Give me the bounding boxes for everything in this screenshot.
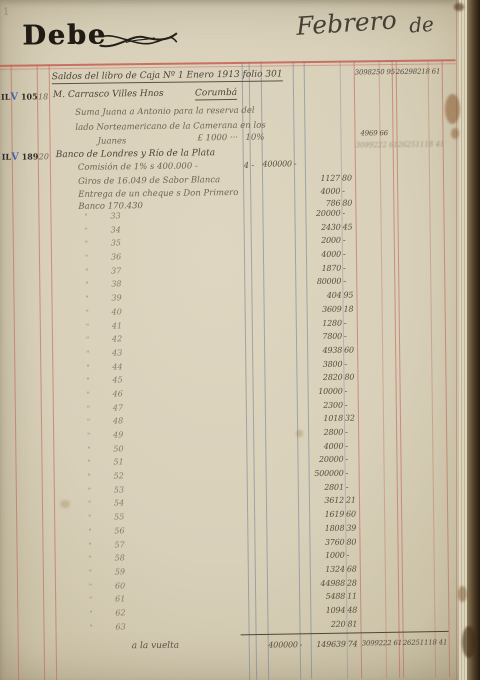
- cheque-number: 56: [114, 526, 140, 535]
- ditto-mark: ": [87, 418, 90, 426]
- amount-cell: 500000-: [298, 469, 359, 479]
- amount-cents: 80: [342, 173, 355, 182]
- amount-cents: -: [344, 318, 357, 327]
- amount-value: 44988: [299, 578, 347, 588]
- cheque-number: 49: [113, 430, 139, 439]
- amount-cell: 243045: [295, 222, 356, 232]
- ditto-mark: ": [89, 569, 92, 577]
- amount-cents: 80: [342, 198, 355, 207]
- cheque-number: 50: [113, 444, 139, 453]
- amount-cell: 1280-: [296, 318, 357, 328]
- amount-cents: 32: [345, 414, 358, 423]
- carry-forward-label: a la vuelta: [132, 641, 180, 652]
- amount-value: 1619: [298, 510, 346, 520]
- ditto-mark: ": [85, 268, 88, 276]
- amount-value: 1324: [299, 565, 347, 575]
- amount-cents: -: [345, 427, 358, 436]
- amount-cents: 74: [348, 639, 361, 648]
- amount-cents: 68: [347, 564, 360, 573]
- cheque-number: 38: [111, 280, 137, 289]
- amount-cell: 400000-: [258, 159, 305, 169]
- ditto-mark: ": [86, 377, 89, 385]
- cheque-number: 42: [112, 334, 138, 343]
- amount-cell: 101832: [297, 414, 358, 424]
- amount-cents: -: [344, 332, 357, 341]
- cheque-number: 33: [110, 211, 136, 220]
- foxing-spot: [458, 586, 467, 602]
- amount-value: 1000: [299, 551, 347, 561]
- amount-cell: 40495: [295, 291, 356, 301]
- fore-edge: [459, 0, 467, 680]
- amount-cents: 80: [346, 537, 359, 546]
- entry-pct: 10%: [245, 133, 264, 143]
- amount-value: 3099222: [362, 639, 394, 647]
- amount-value: 3612: [298, 496, 346, 506]
- ditto-mark: ": [85, 240, 88, 248]
- cheque-number: 58: [115, 553, 141, 562]
- amount-cell: 161960: [298, 510, 359, 520]
- amount-cents: -: [346, 482, 359, 491]
- amount-cents: -: [343, 250, 356, 259]
- amount-value: 4000: [297, 441, 345, 451]
- amount-cell: 282080: [296, 373, 357, 383]
- entry-code: ILV 189: [2, 151, 39, 162]
- amount-value: 2820: [296, 373, 344, 383]
- cheque-number: 47: [113, 403, 139, 412]
- debit-heading: Debe: [22, 20, 107, 52]
- cheque-number: 54: [114, 499, 140, 508]
- foxing-spot: [60, 500, 70, 508]
- foxing-spot: [454, 3, 464, 11]
- amount-cell: 2000-: [295, 236, 356, 246]
- amount-cell: 2300-: [297, 400, 358, 410]
- amount-value: 2800: [297, 428, 345, 438]
- amount-cell: 548811: [299, 592, 360, 602]
- ink-offset-text: 3099222 61: [356, 141, 398, 150]
- entry-day: 18: [38, 92, 48, 101]
- amount-cell: 4000-: [295, 250, 356, 260]
- entry-detail-line: Giros de 16.049 de Sabor Blanca: [78, 175, 220, 187]
- amount-cents: 11: [347, 592, 360, 601]
- amount-cell: 14963974: [300, 639, 361, 649]
- amount-cents: 21: [346, 496, 359, 505]
- ditto-mark: ": [89, 582, 92, 590]
- entry-detail-line: Suma Juana a Antonio para la reserva del: [75, 106, 254, 118]
- amount-cell: 4000-: [297, 441, 358, 451]
- amount-cents: -: [294, 159, 305, 168]
- entry-place: Corumbá: [195, 88, 237, 101]
- amount-cents: 48: [347, 605, 360, 614]
- amount-cell: 132468: [299, 564, 360, 574]
- ditto-mark: ": [85, 295, 88, 303]
- amount-cents: -: [347, 551, 360, 560]
- amount-value: 4969: [355, 129, 379, 137]
- amount-cell: 1870-: [295, 263, 356, 273]
- cheque-number: 62: [115, 608, 141, 617]
- amount-cell: 309825095: [355, 68, 392, 76]
- cheque-number: 39: [111, 293, 137, 302]
- amount-cents: -: [343, 263, 356, 272]
- amount-cents: -: [343, 236, 356, 245]
- cheque-number: 35: [111, 239, 137, 248]
- amount-cell: 2801-: [298, 482, 359, 492]
- amount-value: 1094: [299, 606, 347, 616]
- ditto-mark: ": [86, 336, 89, 344]
- cheque-number: 60: [115, 581, 141, 590]
- amount-value: 26298218: [396, 68, 432, 76]
- amount-value: 1808: [298, 523, 346, 533]
- amount-cents: 66: [379, 129, 392, 137]
- amount-cents: 61: [432, 67, 442, 75]
- amount-value: 4938: [296, 346, 344, 356]
- amount-cell: 109448: [299, 605, 360, 615]
- amount-cents: 81: [347, 619, 360, 628]
- ditto-mark: ": [86, 322, 89, 330]
- amount-value: 400000: [264, 640, 300, 649]
- ledger-page: 1 Debe Febrero de Saldos del l: [0, 0, 480, 680]
- amount-cents: -: [346, 469, 359, 478]
- cheque-number: 48: [113, 416, 139, 425]
- page-number: 1: [3, 7, 10, 18]
- entry-title: Banco de Londres y Río de la Plata: [56, 148, 215, 160]
- ditto-mark: ": [85, 226, 88, 234]
- amount-value: 1870: [295, 263, 343, 273]
- cheque-number: 41: [112, 321, 138, 330]
- amount-value: 20000: [297, 455, 345, 465]
- amount-cell: 2625111841: [403, 638, 449, 647]
- flourish-icon: [98, 29, 178, 56]
- ditto-mark: ": [87, 432, 90, 440]
- amount-cents: -: [345, 400, 358, 409]
- ditto-mark: ": [89, 610, 92, 618]
- amount-value: 1280: [296, 318, 344, 328]
- amount-cents: 41: [439, 638, 449, 646]
- amount-value: 4000: [294, 187, 342, 197]
- foxing-spot: [296, 430, 303, 437]
- amount-cents: 80: [344, 373, 357, 382]
- amount-cell: 3800-: [296, 359, 357, 369]
- entry-detail-line: Entrega de un cheque s Don Primero: [78, 188, 238, 200]
- amount-value: 4000: [295, 250, 343, 260]
- amount-cell: 493860: [296, 345, 357, 355]
- amount-value: 2300: [297, 400, 345, 410]
- amount-value: 500000: [298, 469, 346, 479]
- cheque-number: 43: [112, 348, 138, 357]
- amount-cell: 112780: [294, 173, 355, 183]
- amount-value: 2000: [295, 236, 343, 246]
- ditto-mark: ": [89, 596, 92, 604]
- amount-value: 2801: [298, 482, 346, 492]
- amount-cell: 20000-: [297, 455, 358, 465]
- amount-cents: 95: [386, 68, 395, 76]
- ditto-mark: ": [87, 445, 90, 453]
- cheque-number: 51: [113, 458, 139, 467]
- amount-value: 7800: [296, 332, 344, 342]
- entry-detail-line: lado Norteamericano de la Camerana en lo…: [75, 121, 265, 133]
- cheque-number: 57: [114, 540, 140, 549]
- amount-cell: 360918: [296, 304, 357, 314]
- cheque-number: 63: [115, 622, 141, 631]
- amount-cents: 45: [343, 222, 356, 231]
- ditto-mark: ": [89, 623, 92, 631]
- amount-value: 404: [295, 291, 343, 301]
- amount-cell: 376080: [298, 537, 359, 547]
- amount-cell: 309922261: [362, 639, 399, 647]
- amount-value: 149639: [300, 640, 348, 650]
- amount-value: 1127: [294, 174, 342, 184]
- amount-value: 80000: [295, 277, 343, 287]
- amount-value: 10000: [297, 387, 345, 397]
- entry-title: M. Carrasco Villes Hnos: [53, 89, 164, 100]
- cheque-number: 52: [114, 471, 140, 480]
- cheque-number: 37: [111, 266, 137, 275]
- foxing-spot: [445, 94, 460, 124]
- cheque-number: 61: [115, 594, 141, 603]
- ledger-content: 1 Debe Febrero de Saldos del l: [0, 0, 470, 680]
- ditto-mark: ": [88, 514, 91, 522]
- ditto-mark: ": [85, 281, 88, 289]
- entry-detail-line: Comisión de 1% s 400.000 -: [78, 161, 198, 172]
- amount-cents: 61: [393, 639, 402, 647]
- amount-cell: 180839: [298, 523, 359, 533]
- amount-cents: -: [345, 455, 358, 464]
- amount-value: 3800: [296, 359, 344, 369]
- amount-cents: 18: [344, 304, 357, 313]
- amount-cents: -: [342, 186, 355, 195]
- amount-cents: -: [345, 386, 358, 395]
- cheque-number: 46: [113, 389, 139, 398]
- cheque-number: 40: [112, 307, 138, 316]
- amount-cell: 4498828: [299, 578, 360, 588]
- amount-cents: -: [344, 359, 357, 368]
- ditto-mark: ": [87, 391, 90, 399]
- amount-cell: 2629821861: [396, 67, 442, 76]
- amount-value: 3760: [298, 537, 346, 547]
- month-de-label: de: [408, 12, 434, 38]
- ditto-mark: ": [84, 213, 87, 221]
- entry-code-number: 105: [21, 91, 38, 101]
- cheque-number: 44: [112, 362, 138, 371]
- binding-gutter: [467, 0, 480, 680]
- cheque-rows: " 33 20000- " 34 243045 " 35 2000-: [0, 206, 463, 636]
- amount-value: 26251118: [403, 639, 439, 647]
- amount-cell: 20000-: [294, 208, 355, 218]
- amount-cents: -: [342, 208, 355, 217]
- entry-code: ILV 105: [1, 91, 38, 102]
- amount-value: 2430: [295, 222, 343, 232]
- foxing-spot: [462, 626, 476, 658]
- check-mark-icon: V: [10, 92, 18, 103]
- ditto-mark: ": [87, 404, 90, 412]
- amount-cell: 1000-: [299, 551, 360, 561]
- ditto-mark: ": [88, 500, 91, 508]
- foxing-spot: [451, 128, 459, 139]
- amount-cell: 22081: [299, 619, 360, 629]
- amount-cell: 4000-: [294, 186, 355, 196]
- amount-cell: 10000-: [297, 386, 358, 396]
- entry-note: £ 1000 ···: [197, 133, 238, 143]
- ditto-mark: ": [88, 528, 91, 536]
- amount-cents: 60: [344, 345, 357, 354]
- amount-cell: 80000-: [295, 277, 356, 287]
- entry-code-number: 189: [22, 151, 39, 161]
- entry-day: 20: [39, 152, 49, 161]
- amount-cents: -: [345, 441, 358, 450]
- ditto-mark: ": [88, 541, 91, 549]
- amount-cell: 7800-: [296, 332, 357, 342]
- check-mark-icon: V: [11, 152, 19, 163]
- amount-cell: 2800-: [297, 427, 358, 437]
- cheque-number: 53: [114, 485, 140, 494]
- amount-cents: -: [343, 277, 356, 286]
- cheque-number: 34: [111, 225, 137, 234]
- ditto-mark: ": [89, 555, 92, 563]
- cheque-number: 55: [114, 512, 140, 521]
- amount-cell: 361221: [298, 496, 359, 506]
- ditto-mark: ": [87, 459, 90, 467]
- ink-offset-text: 26251118 41: [398, 140, 445, 149]
- amount-value: 400000: [258, 159, 294, 168]
- amount-cell: 496966: [355, 129, 392, 137]
- amount-value: 5488: [299, 592, 347, 602]
- amount-value: 220: [299, 619, 347, 629]
- ditto-mark: ": [88, 473, 91, 481]
- ditto-mark: ": [86, 363, 89, 371]
- amount-value: 20000: [294, 209, 342, 219]
- entry-detail-line: Juanes: [98, 136, 127, 146]
- cheque-number: 36: [111, 252, 137, 261]
- amount-value: 1018: [297, 414, 345, 424]
- ditto-mark: ": [86, 350, 89, 358]
- amount-cents: 28: [347, 578, 360, 587]
- cheque-number: 59: [115, 567, 141, 576]
- amount-cents: 39: [346, 523, 359, 532]
- ditto-mark: ": [88, 486, 91, 494]
- ditto-mark: ": [85, 254, 88, 262]
- amount-value: 3098250: [355, 68, 387, 76]
- amount-cents: 60: [346, 510, 359, 519]
- ditto-mark: ": [86, 309, 89, 317]
- month-label: Febrero: [295, 5, 397, 40]
- amount-value: 3609: [296, 304, 344, 314]
- cheque-number: 45: [112, 375, 138, 384]
- amount-cents: 95: [343, 291, 356, 300]
